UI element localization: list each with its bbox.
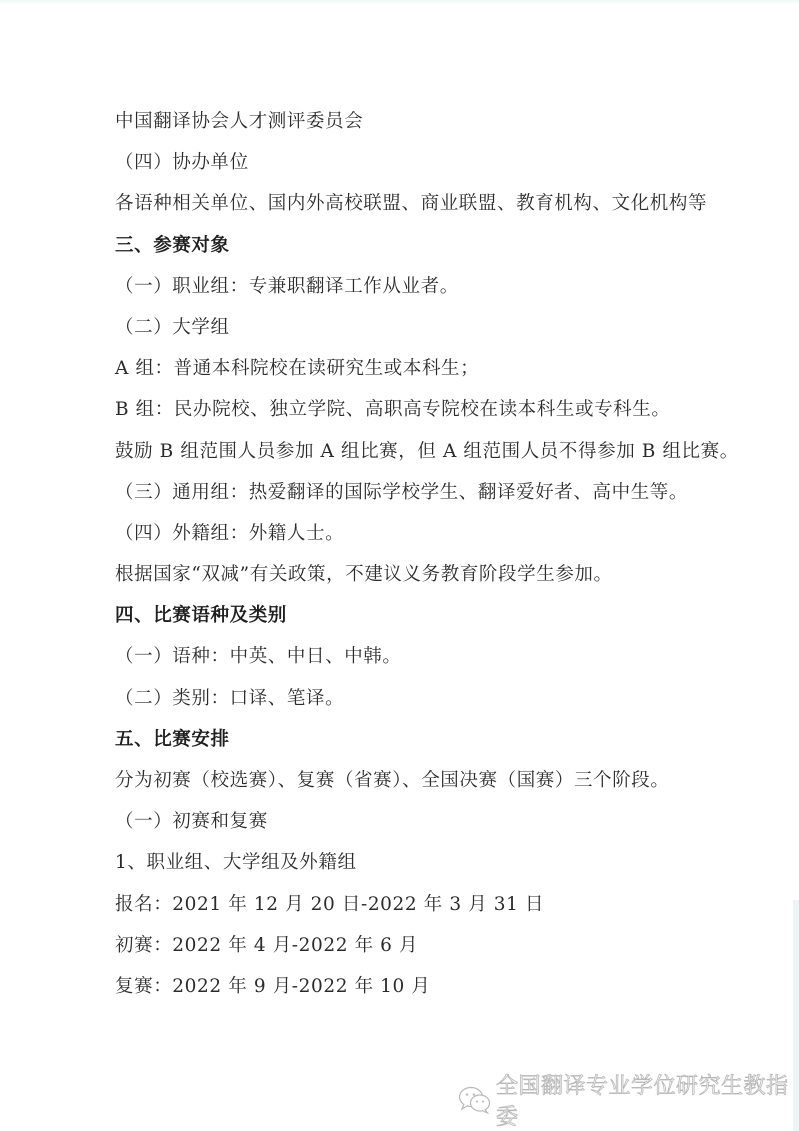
registration-dates: 报名：2021 年 12 月 20 日-2022 年 3 月 31 日: [115, 889, 755, 930]
co-organizer-list: 各语种相关单位、国内外高校联盟、商业联盟、教育机构、文化机构等: [115, 188, 755, 229]
document-page: 中国翻译协会人才测评委员会 （四）协办单位 各语种相关单位、国内外高校联盟、商业…: [115, 106, 755, 1012]
scan-edge-top: [0, 0, 799, 5]
preliminary-dates: 初赛：2022 年 4 月-2022 年 6 月: [115, 930, 755, 971]
university-group-item: （二）大学组: [115, 312, 755, 353]
section-heading-participants: 三、参赛对象: [115, 230, 755, 271]
group-b-description: B 组：民办院校、独立学院、高职高专院校在读本科生或专科生。: [115, 394, 755, 435]
general-group-item: （三）通用组：热爱翻译的国际学校学生、翻译爱好者、高中生等。: [115, 477, 755, 518]
group-a-description: A 组：普通本科院校在读研究生或本科生；: [115, 353, 755, 394]
groups-subheading: 1、职业组、大学组及外籍组: [115, 847, 755, 888]
co-organizer-subheading: （四）协办单位: [115, 147, 755, 188]
preliminary-semifinal-subheading: （一）初赛和复赛: [115, 806, 755, 847]
wechat-icon: [458, 1086, 492, 1114]
double-reduction-note: 根据国家“双减”有关政策，不建议义务教育阶段学生参加。: [115, 559, 755, 600]
stages-description: 分为初赛（校选赛）、复赛（省赛）、全国决赛（国赛）三个阶段。: [115, 765, 755, 806]
professional-group-item: （一）职业组：专兼职翻译工作从业者。: [115, 271, 755, 312]
wechat-watermark: 全国翻译专业学位研究生教指委: [458, 1085, 799, 1115]
group-rule-note: 鼓励 B 组范围人员参加 A 组比赛，但 A 组范围人员不得参加 B 组比赛。: [115, 436, 755, 477]
section-heading-schedule: 五、比赛安排: [115, 724, 755, 765]
languages-item: （一）语种：中英、中日、中韩。: [115, 641, 755, 682]
categories-item: （二）类别：口译、笔译。: [115, 683, 755, 724]
foreign-group-item: （四）外籍组：外籍人士。: [115, 518, 755, 559]
section-heading-languages: 四、比赛语种及类别: [115, 600, 755, 641]
organizer-line: 中国翻译协会人才测评委员会: [115, 106, 755, 147]
semifinal-dates: 复赛：2022 年 9 月-2022 年 10 月: [115, 971, 755, 1012]
watermark-text: 全国翻译专业学位研究生教指委: [496, 1069, 799, 1131]
